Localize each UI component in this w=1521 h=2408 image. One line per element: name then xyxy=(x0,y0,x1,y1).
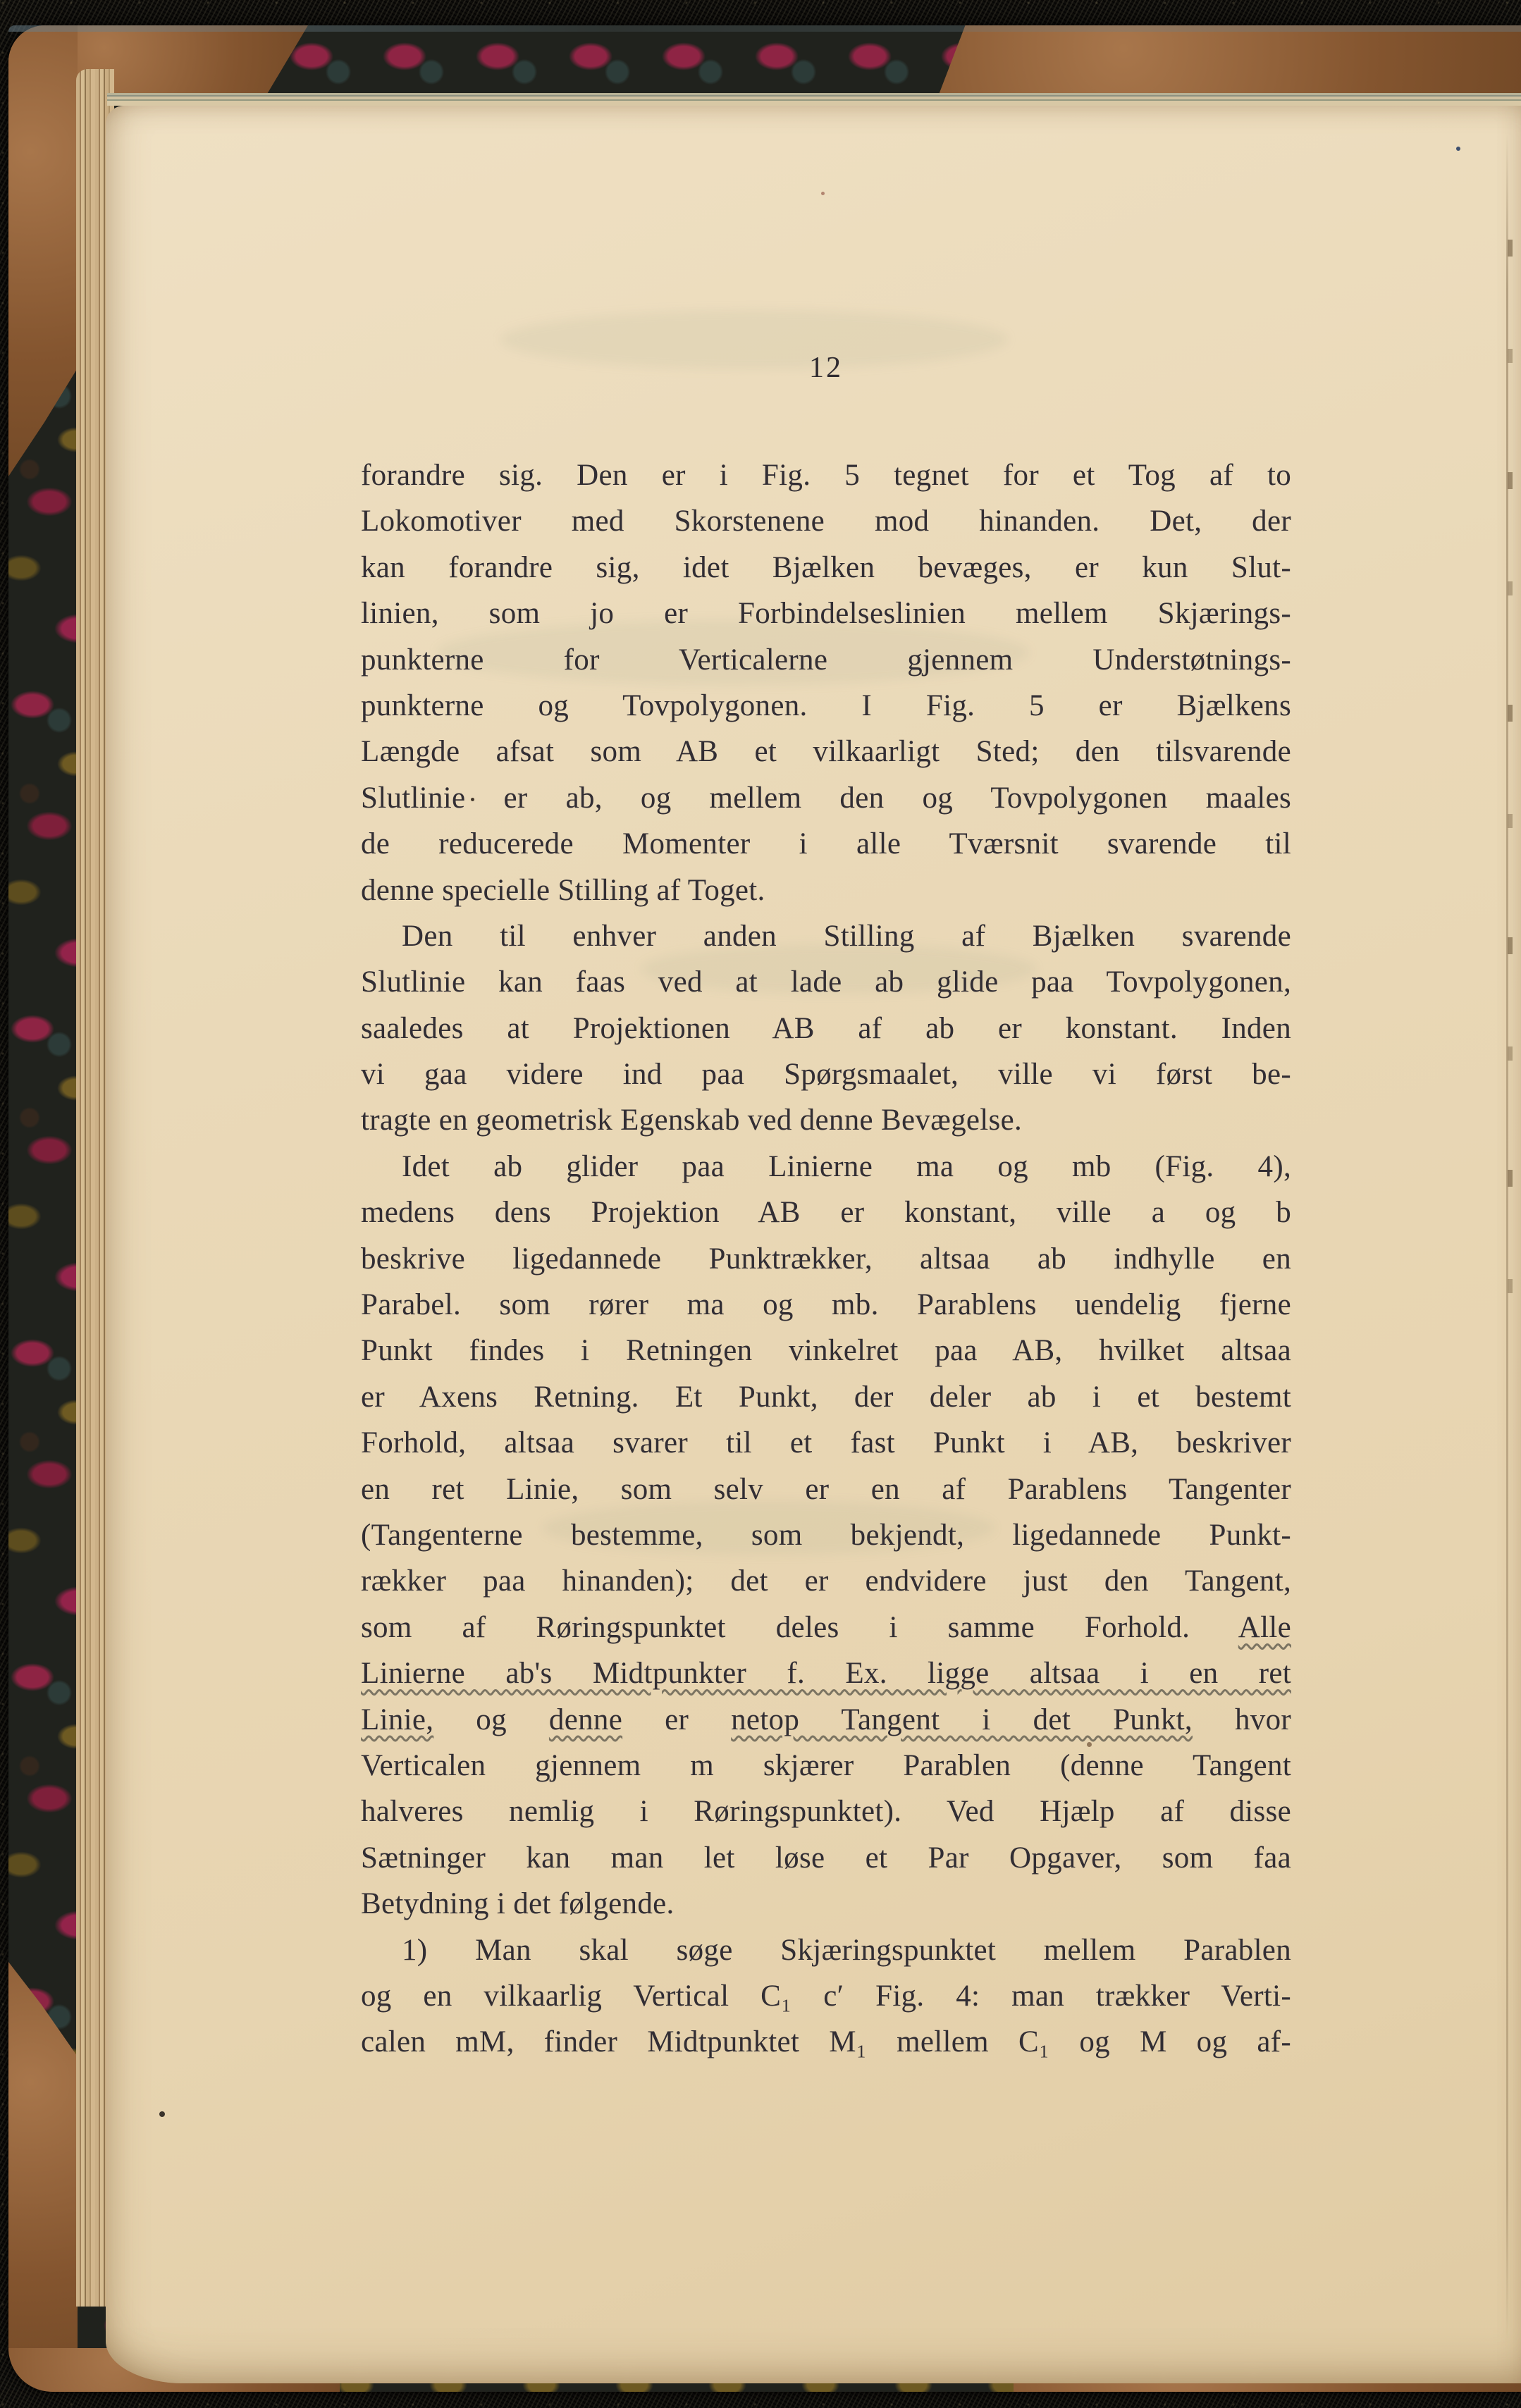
book-page: 12 forandre sig. Den er i Fig. 5 tegnet … xyxy=(106,106,1521,2383)
text-line: Sætninger kan man let løse et Par Opgave… xyxy=(361,1835,1291,1881)
text-segment: er xyxy=(622,1703,731,1736)
text-segment: linien, som jo er Forbindelseslinien mel… xyxy=(361,597,1291,630)
text-segment: 1) Man skal søge Skjæringspunktet mellem… xyxy=(402,1934,1291,1967)
text-segment: (Tangenterne bestemme, som bekjendt, lig… xyxy=(361,1519,1291,1552)
text-line: punkterne og Tovpolygonen. I Fig. 5 er B… xyxy=(361,683,1291,729)
text-line: halveres nemlig i Røringspunktet). Ved H… xyxy=(361,1789,1291,1834)
text-segment: er Axens Retning. Et Punkt, der deler ab… xyxy=(361,1381,1291,1414)
text-segment: saaledes at Projektionen AB af ab er kon… xyxy=(361,1012,1291,1045)
pencil-underlined-text: netop Tangent i det Punkt, xyxy=(731,1703,1193,1736)
text-segment: Betydning i det følgende. xyxy=(361,1887,675,1920)
text-segment: rækker paa hinanden); det er endvidere j… xyxy=(361,1564,1291,1598)
text-line: punkterne for Verticalerne gjennem Under… xyxy=(361,637,1291,683)
text-line: Længde afsat som AB et vilkaarligt Sted;… xyxy=(361,729,1291,774)
ink-speck xyxy=(821,192,825,195)
text-segment: halveres nemlig i Røringspunktet). Ved H… xyxy=(361,1795,1291,1828)
leather-edge-top-left xyxy=(8,25,78,476)
text-line: de reducerede Momenter i alle Tværsnit s… xyxy=(361,821,1291,867)
ink-speck xyxy=(159,2111,165,2117)
ink-speck xyxy=(471,798,474,801)
text-segment: Parabel. som rører ma og mb. Parablens u… xyxy=(361,1288,1291,1321)
text-segment: medens dens Projektion AB er konstant, v… xyxy=(361,1196,1291,1229)
page-number: 12 xyxy=(361,351,1291,385)
text-line: forandre sig. Den er i Fig. 5 tegnet for… xyxy=(361,452,1291,498)
text-line: linien, som jo er Forbindelseslinien mel… xyxy=(361,591,1291,636)
text-segment: som af Røringspunktet deles i samme Forh… xyxy=(361,1611,1238,1644)
text-segment: Forhold, altsaa svarer til et fast Punkt… xyxy=(361,1426,1291,1459)
text-line: som af Røringspunktet deles i samme Forh… xyxy=(361,1605,1291,1650)
binding-stitches xyxy=(1508,240,1513,1297)
text-segment: Slutlinie kan faas ved at lade ab glide … xyxy=(361,965,1291,999)
text-line: rækker paa hinanden); det er endvidere j… xyxy=(361,1558,1291,1604)
text-line: saaledes at Projektionen AB af ab er kon… xyxy=(361,1006,1291,1051)
text-line: Den til enhver anden Stilling af Bjælken… xyxy=(361,913,1291,959)
text-segment: Verticalen gjennem m skjærer Parablen (d… xyxy=(361,1749,1291,1782)
text-segment: Den til enhver anden Stilling af Bjælken… xyxy=(402,920,1291,953)
book: 12 forandre sig. Den er i Fig. 5 tegnet … xyxy=(8,25,1521,2392)
text-line: Idet ab glider paa Linierne ma og mb (Fi… xyxy=(361,1144,1291,1190)
text-line: tragte en geometrisk Egenskab ved denne … xyxy=(361,1097,1291,1143)
text-line: Verticalen gjennem m skjærer Parablen (d… xyxy=(361,1743,1291,1789)
text-segment: denne specielle Stilling af Toget. xyxy=(361,874,765,907)
text-segment: tragte en geometrisk Egenskab ved denne … xyxy=(361,1104,1022,1137)
text-line: Parabel. som rører ma og mb. Parablens u… xyxy=(361,1282,1291,1328)
text-segment: en ret Linie, som selv er en af Parablen… xyxy=(361,1473,1291,1506)
text-segment: Længde afsat som AB et vilkaarligt Sted;… xyxy=(361,735,1291,768)
pencil-underlined-text: denne xyxy=(549,1703,622,1736)
text-line: og en vilkaarlig Vertical C₁ c′ Fig. 4: … xyxy=(361,1973,1291,2019)
leather-edge-bottom-left xyxy=(8,1962,78,2392)
text-line: 1) Man skal søge Skjæringspunktet mellem… xyxy=(361,1927,1291,1973)
text-segment: hvor xyxy=(1193,1703,1291,1736)
pencil-underlined-text: Linierne ab's Midtpunkter f. Ex. ligge a… xyxy=(361,1657,1291,1690)
text-segment: Slutlinie er ab, og mellem den og Tovpol… xyxy=(361,782,1291,815)
text-segment: calen mM, finder Midtpunktet M₁ mellem C… xyxy=(361,2025,1291,2058)
text-line: beskrive ligedannede Punktrækker, altsaa… xyxy=(361,1236,1291,1282)
text-line: Linierne ab's Midtpunkter f. Ex. ligge a… xyxy=(361,1650,1291,1696)
text-block: forandre sig. Den er i Fig. 5 tegnet for… xyxy=(361,452,1291,2066)
text-line: Lokomotiver med Skorstenene mod hinanden… xyxy=(361,498,1291,544)
text-line: Slutlinie kan faas ved at lade ab glide … xyxy=(361,959,1291,1005)
text-segment: punkterne for Verticalerne gjennem Under… xyxy=(361,643,1291,677)
text-line: Forhold, altsaa svarer til et fast Punkt… xyxy=(361,1420,1291,1466)
text-line: kan forandre sig, idet Bjælken bevæges, … xyxy=(361,545,1291,591)
pencil-underlined-text: Alle xyxy=(1238,1611,1291,1644)
text-line: Betydning i det følgende. xyxy=(361,1881,1291,1927)
text-segment: forandre sig. Den er i Fig. 5 tegnet for… xyxy=(361,459,1291,492)
ink-speck xyxy=(1456,147,1460,151)
text-line: Punkt findes i Retningen vinkelret paa A… xyxy=(361,1328,1291,1373)
text-segment: kan forandre sig, idet Bjælken bevæges, … xyxy=(361,551,1291,584)
text-segment: punkterne og Tovpolygonen. I Fig. 5 er B… xyxy=(361,689,1291,722)
ink-speck xyxy=(1087,1742,1092,1747)
text-line: en ret Linie, som selv er en af Parablen… xyxy=(361,1467,1291,1512)
pencil-underlined-text: Linie, xyxy=(361,1703,433,1736)
text-line: Linie, og denne er netop Tangent i det P… xyxy=(361,1697,1291,1743)
text-line: denne specielle Stilling af Toget. xyxy=(361,868,1291,913)
text-segment: og xyxy=(433,1703,549,1736)
text-line: vi gaa videre ind paa Spørgsmaalet, vill… xyxy=(361,1051,1291,1097)
text-line: calen mM, finder Midtpunktet M₁ mellem C… xyxy=(361,2019,1291,2065)
page-top-edges xyxy=(107,93,1521,106)
text-segment: Idet ab glider paa Linierne ma og mb (Fi… xyxy=(402,1150,1291,1183)
text-line: medens dens Projektion AB er konstant, v… xyxy=(361,1190,1291,1235)
text-segment: vi gaa videre ind paa Spørgsmaalet, vill… xyxy=(361,1058,1291,1091)
text-segment: Punkt findes i Retningen vinkelret paa A… xyxy=(361,1334,1291,1367)
book-photo: 12 forandre sig. Den er i Fig. 5 tegnet … xyxy=(0,0,1521,2408)
text-line: (Tangenterne bestemme, som bekjendt, lig… xyxy=(361,1512,1291,1558)
text-line: Slutlinie er ab, og mellem den og Tovpol… xyxy=(361,775,1291,821)
text-segment: beskrive ligedannede Punktrækker, altsaa… xyxy=(361,1242,1291,1276)
text-segment: de reducerede Momenter i alle Tværsnit s… xyxy=(361,827,1291,860)
text-segment: Sætninger kan man let løse et Par Opgave… xyxy=(361,1841,1291,1875)
text-line: er Axens Retning. Et Punkt, der deler ab… xyxy=(361,1374,1291,1420)
text-segment: og en vilkaarlig Vertical C₁ c′ Fig. 4: … xyxy=(361,1980,1291,2013)
text-segment: Lokomotiver med Skorstenene mod hinanden… xyxy=(361,505,1291,538)
